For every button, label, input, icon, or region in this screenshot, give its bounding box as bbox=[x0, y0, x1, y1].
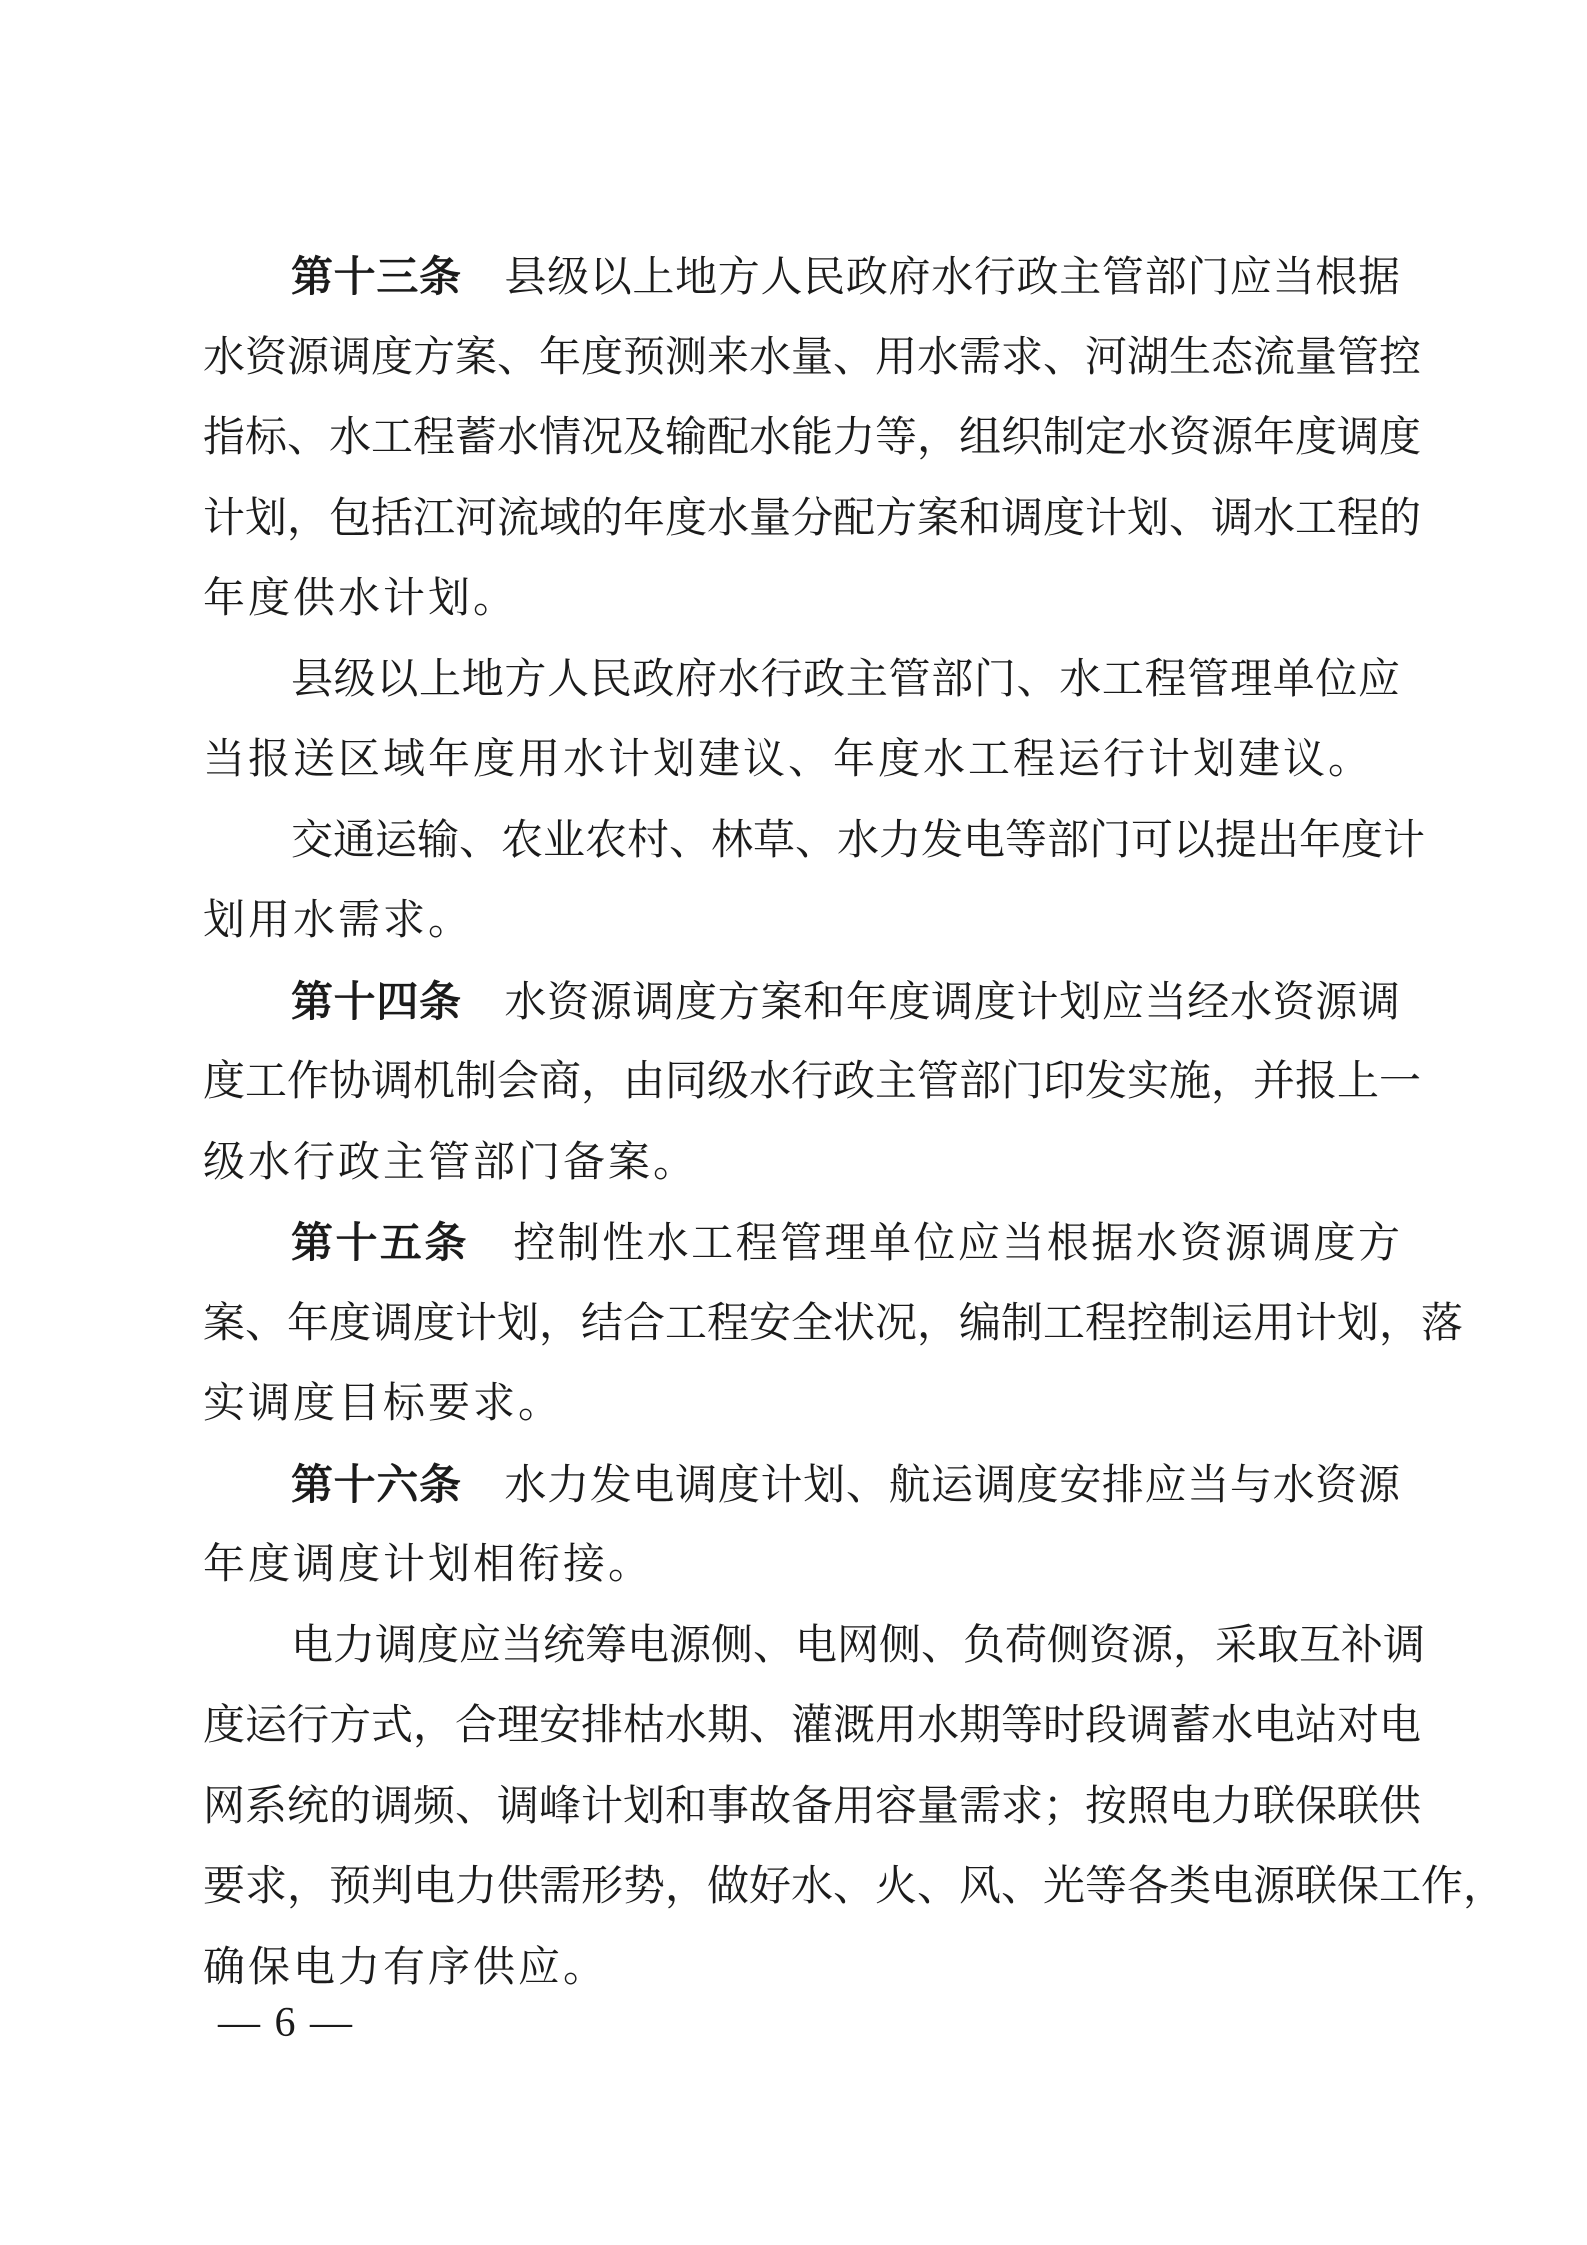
doc-line: 当报送区域年度用水计划建议、年度水工程运行计划建议。 bbox=[203, 720, 1400, 801]
doc-line: 网系统的调频、调峰计划和事故备用容量需求；按照电力联保联供 bbox=[203, 1767, 1400, 1848]
doc-line: 第十五条 控制性水工程管理单位应当根据水资源调度方 bbox=[203, 1203, 1400, 1284]
doc-line-text: 水力发电调度计划、航运调度安排应当与水资源 bbox=[462, 1463, 1400, 1509]
article-heading: 第十五条 bbox=[291, 1219, 469, 1266]
article-heading: 第十四条 bbox=[291, 978, 462, 1025]
document-page: 第十三条 县级以上地方人民政府水行政主管部门应当根据 水资源调度方案、年度预测来… bbox=[0, 0, 1587, 2245]
article-heading: 第十六条 bbox=[291, 1461, 462, 1508]
article-heading: 第十三条 bbox=[291, 253, 462, 300]
doc-line: 度运行方式，合理安排枯水期、灌溉用水期等时段调蓄水电站对电 bbox=[203, 1686, 1400, 1767]
doc-line: 县级以上地方人民政府水行政主管部门、水工程管理单位应 bbox=[203, 640, 1400, 721]
doc-line: 水资源调度方案、年度预测来水量、用水需求、河湖生态流量管控 bbox=[203, 318, 1400, 399]
doc-line: 确保电力有序供应。 bbox=[203, 1928, 1400, 2009]
doc-line: 级水行政主管部门备案。 bbox=[203, 1123, 1400, 1204]
doc-line: 度工作协调机制会商，由同级水行政主管部门印发实施，并报上一 bbox=[203, 1042, 1400, 1123]
doc-line-text: 水资源调度方案和年度调度计划应当经水资源调 bbox=[462, 980, 1400, 1026]
doc-line: 案、年度调度计划，结合工程安全状况，编制工程控制运用计划，落 bbox=[203, 1284, 1400, 1365]
doc-line: 年度供水计划。 bbox=[203, 559, 1400, 640]
doc-line: 电力调度应当统筹电源侧、电网侧、负荷侧资源，采取互补调 bbox=[203, 1606, 1400, 1687]
doc-line: 划用水需求。 bbox=[203, 881, 1400, 962]
doc-line: 要求，预判电力供需形势，做好水、火、风、光等各类电源联保工作， bbox=[203, 1847, 1400, 1928]
doc-line: 第十六条 水力发电调度计划、航运调度安排应当与水资源 bbox=[203, 1445, 1400, 1526]
doc-line: 实调度目标要求。 bbox=[203, 1364, 1400, 1445]
doc-line: 第十四条 水资源调度方案和年度调度计划应当经水资源调 bbox=[203, 962, 1400, 1043]
doc-line: 指标、水工程蓄水情况及输配水能力等，组织制定水资源年度调度 bbox=[203, 398, 1400, 479]
doc-line: 交通运输、农业农村、林草、水力发电等部门可以提出年度计 bbox=[203, 801, 1400, 882]
doc-line: 计划，包括江河流域的年度水量分配方案和调度计划、调水工程的 bbox=[203, 479, 1400, 560]
doc-line-text: 控制性水工程管理单位应当根据水资源调度方 bbox=[469, 1221, 1400, 1267]
document-body: 第十三条 县级以上地方人民政府水行政主管部门应当根据 水资源调度方案、年度预测来… bbox=[203, 237, 1400, 2008]
doc-line: 年度调度计划相衔接。 bbox=[203, 1525, 1400, 1606]
doc-line: 第十三条 县级以上地方人民政府水行政主管部门应当根据 bbox=[203, 237, 1400, 318]
page-number: — 6 — bbox=[218, 1998, 354, 2048]
doc-line-text: 县级以上地方人民政府水行政主管部门应当根据 bbox=[462, 255, 1400, 301]
